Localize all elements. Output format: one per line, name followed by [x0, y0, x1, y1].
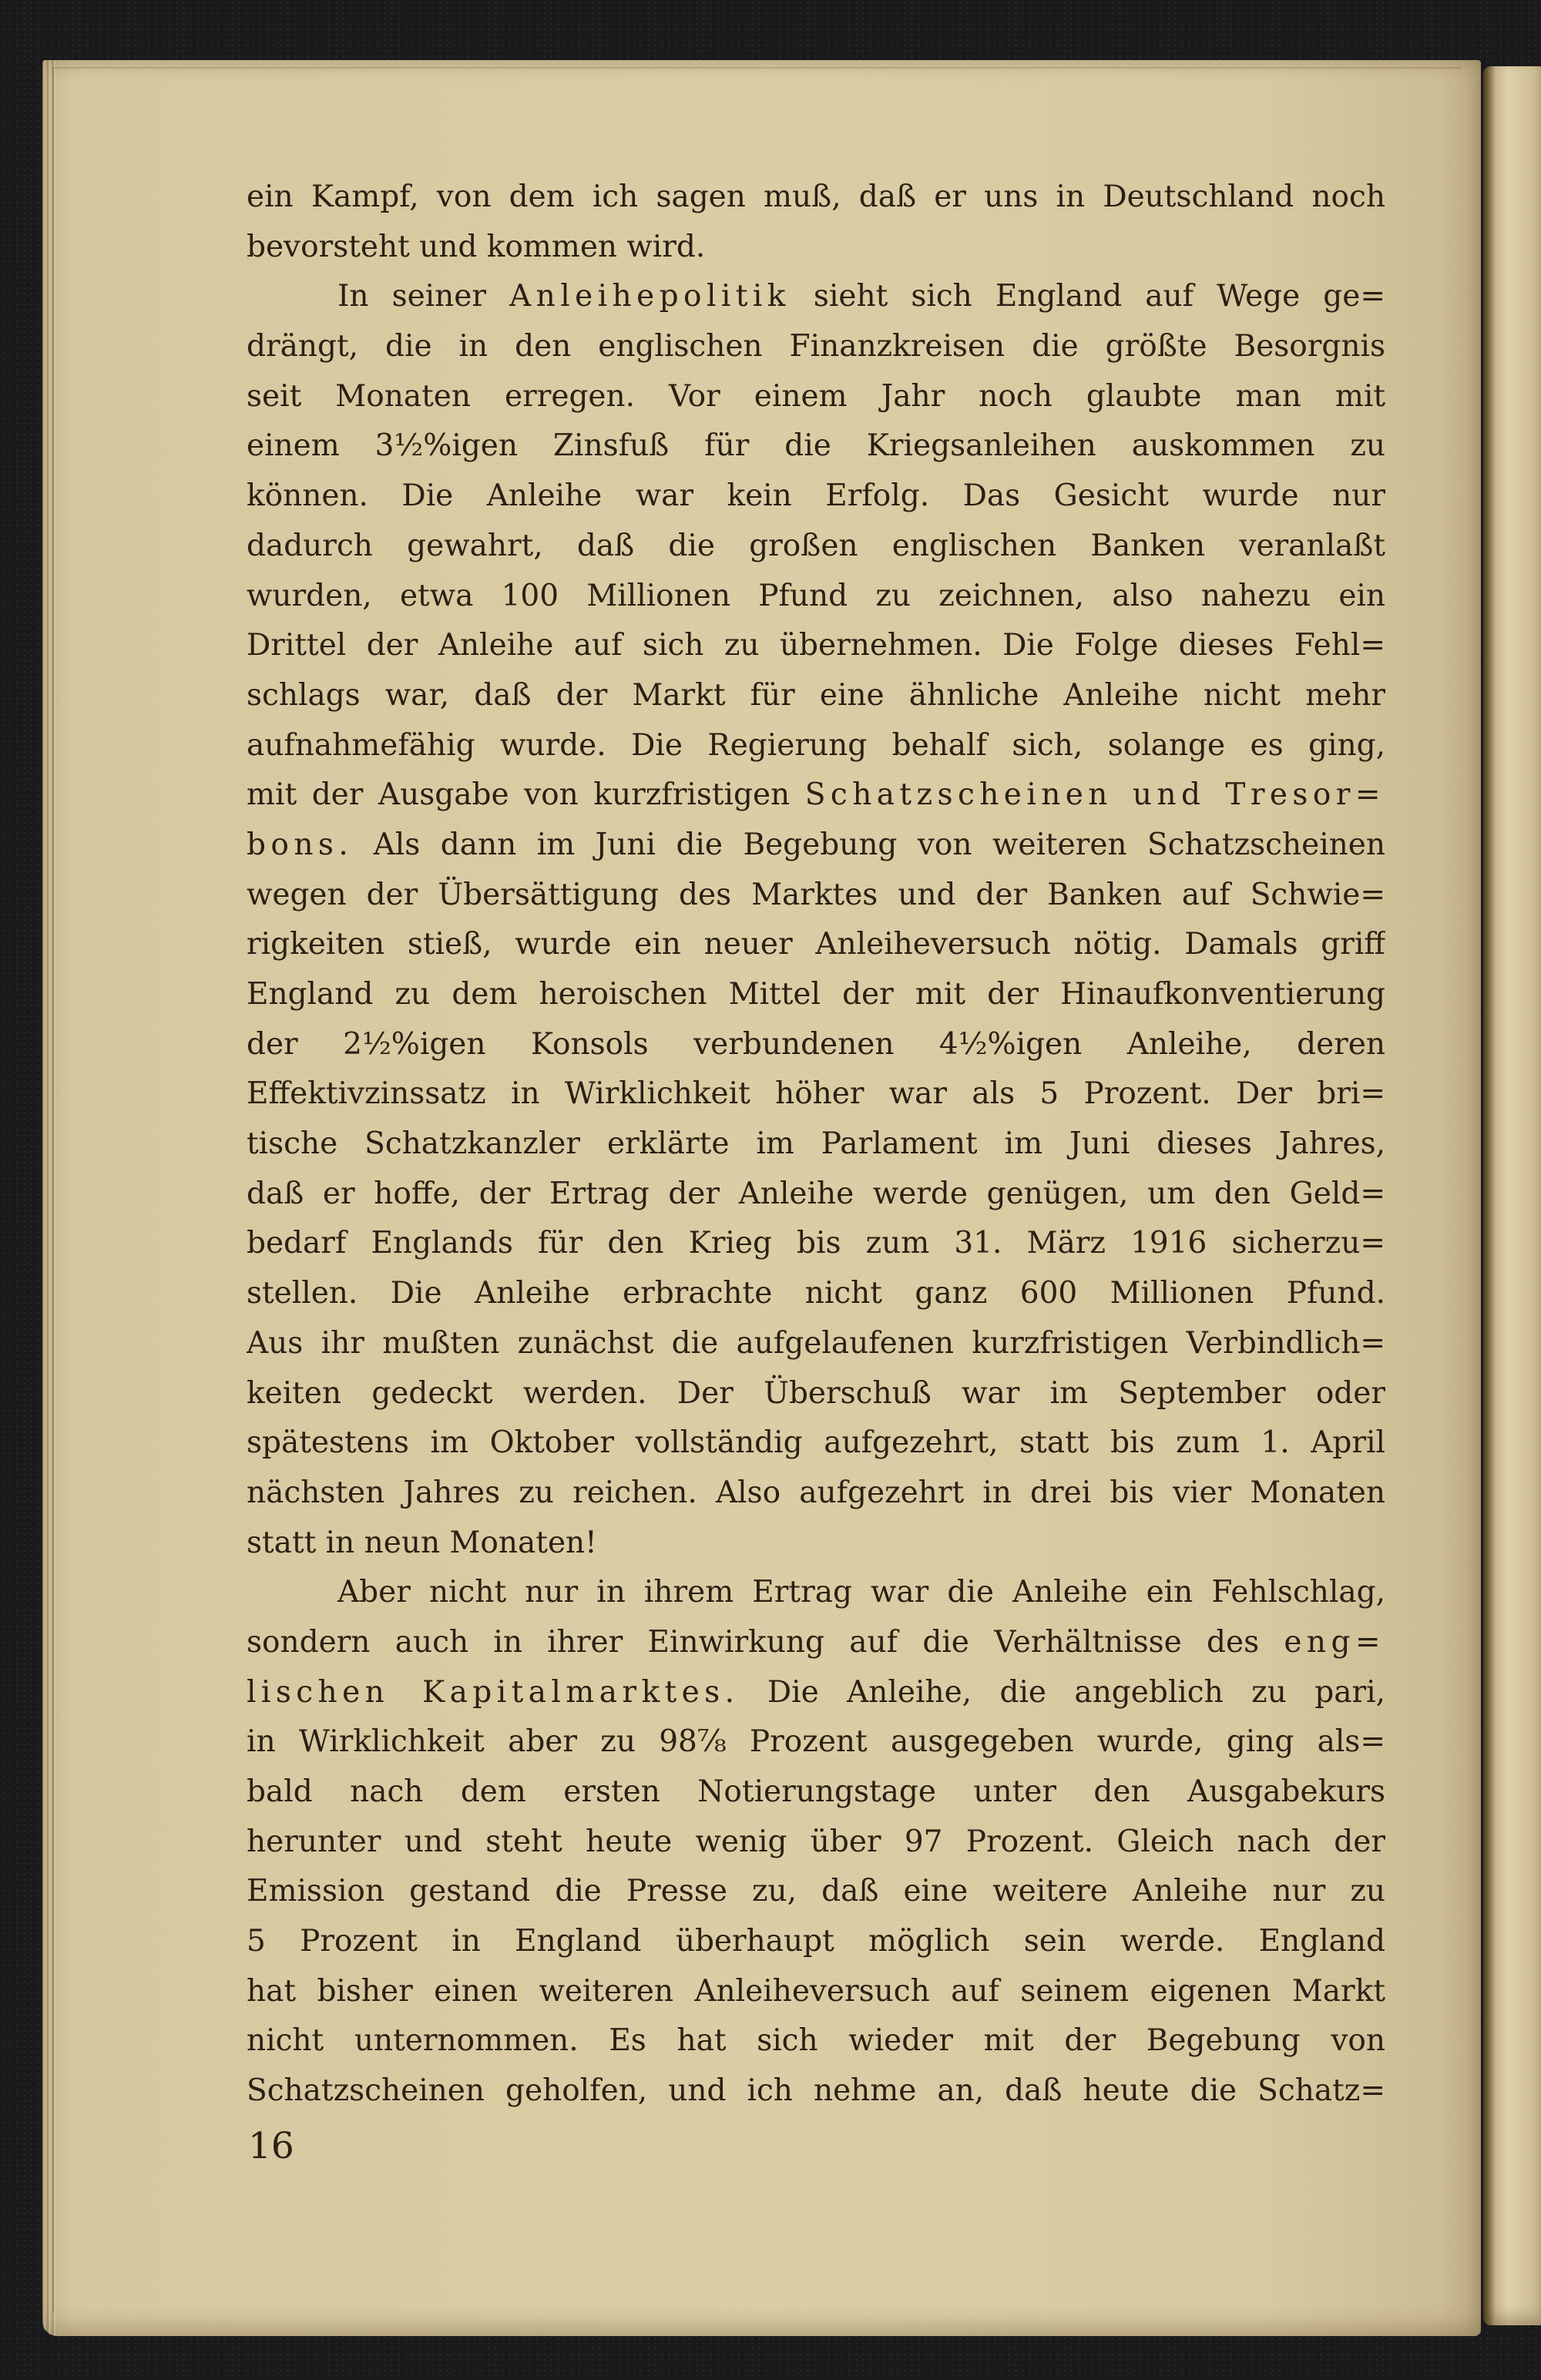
next-page-edge	[1483, 66, 1541, 2325]
text-line: können. Die Anleihe war kein Erfolg. Das…	[247, 472, 1385, 522]
text-run: statt in neun Monaten!	[247, 1526, 597, 1560]
text-run: In seiner	[337, 279, 509, 314]
scan-backdrop: { "colors": { "backdrop": "#1a191b", "pa…	[0, 0, 1541, 2380]
text-run: Aber nicht nur in ihrem Ertrag war die A…	[337, 1575, 1385, 1610]
text-run: daß er hoffe, der Ertrag der Anleihe wer…	[247, 1177, 1385, 1211]
text-line: drängt, die in den englischen Finanzkrei…	[247, 322, 1385, 372]
text-run: sondern auch in ihrer Einwirkung auf die…	[247, 1625, 1284, 1660]
text-line: Schatzscheinen geholfen, und ich nehme a…	[247, 2066, 1385, 2116]
text-line: Drittel der Anleihe auf sich zu übernehm…	[247, 621, 1385, 671]
book-page: ein Kampf, von dem ich sagen muß, daß er…	[42, 60, 1481, 2336]
emphasized-text: eng=	[1284, 1625, 1385, 1660]
text-line: der 2½%igen Konsols verbundenen 4½%igen …	[247, 1020, 1385, 1070]
text-run: nicht unternommen. Es hat sich wieder mi…	[247, 2023, 1385, 2058]
text-line: dadurch gewahrt, daß die großen englisch…	[247, 522, 1385, 572]
text-run: keiten gedeckt werden. Der Überschuß war…	[247, 1376, 1385, 1411]
text-run: dadurch gewahrt, daß die großen englisch…	[247, 529, 1385, 563]
text-line: nicht unternommen. Es hat sich wieder mi…	[247, 2016, 1385, 2066]
text-run: wurden, etwa 100 Millionen Pfund zu zeic…	[247, 579, 1385, 613]
text-run: aufnahmefähig wurde. Die Regierung behal…	[247, 728, 1385, 763]
text-run: England zu dem heroischen Mittel der mit…	[247, 977, 1385, 1012]
text-line: Aus ihr mußten zunächst die aufgelaufene…	[247, 1319, 1385, 1369]
text-line: daß er hoffe, der Ertrag der Anleihe wer…	[247, 1170, 1385, 1220]
text-run: seit Monaten erregen. Vor einem Jahr noc…	[247, 379, 1385, 414]
text-run: rigkeiten stieß, wurde ein neuer Anleihe…	[247, 927, 1385, 962]
text-run: hat bisher einen weiteren Anleiheversuch…	[247, 1974, 1385, 2009]
text-run: spätestens im Oktober vollständig aufgez…	[247, 1425, 1385, 1460]
text-line: Emission gestand die Presse zu, daß eine…	[247, 1867, 1385, 1917]
text-line: keiten gedeckt werden. Der Überschuß war…	[247, 1369, 1385, 1419]
text-run: Aus ihr mußten zunächst die aufgelaufene…	[247, 1326, 1385, 1361]
text-run: bald nach dem ersten Notierungstage unte…	[247, 1774, 1385, 1809]
page-number: 16	[248, 2125, 294, 2167]
text-line: 5 Prozent in England überhaupt möglich s…	[247, 1917, 1385, 1967]
text-line: statt in neun Monaten!	[247, 1519, 1385, 1569]
text-run: bedarf Englands für den Krieg bis zum 31…	[247, 1226, 1385, 1260]
text-line: sondern auch in ihrer Einwirkung auf die…	[247, 1618, 1385, 1668]
text-line: In seiner Anleihepolitik sieht sich Engl…	[247, 272, 1385, 322]
text-line: stellen. Die Anleihe erbrachte nicht gan…	[247, 1269, 1385, 1319]
text-run: sieht sich England auf Wege ge=	[791, 279, 1385, 314]
text-run: Als dann im Juni die Begebung von weiter…	[353, 827, 1385, 862]
text-line: tische Schatzkanzler erklärte im Parlame…	[247, 1120, 1385, 1170]
text-run: Drittel der Anleihe auf sich zu übernehm…	[247, 628, 1385, 663]
text-line: mit der Ausgabe von kurzfristigen Schatz…	[247, 770, 1385, 821]
text-line: Effektivzinssatz in Wirklichkeit höher w…	[247, 1069, 1385, 1120]
text-line: England zu dem heroischen Mittel der mit…	[247, 970, 1385, 1020]
text-run: schlags war, daß der Markt für eine ähnl…	[247, 678, 1385, 713]
text-run: mit der Ausgabe von kurzfristigen	[247, 777, 805, 812]
emphasized-text: Schatzscheinen und Tresor=	[805, 777, 1385, 812]
text-line: rigkeiten stieß, wurde ein neuer Anleihe…	[247, 920, 1385, 970]
emphasized-text: Anleihepolitik	[509, 279, 791, 314]
text-line: nächsten Jahres zu reichen. Also aufgeze…	[247, 1469, 1385, 1519]
text-run: Emission gestand die Presse zu, daß eine…	[247, 1874, 1385, 1908]
text-line: seit Monaten erregen. Vor einem Jahr noc…	[247, 372, 1385, 422]
text-line: lischen Kapitalmarktes. Die Anleihe, die…	[247, 1668, 1385, 1718]
text-run: Effektivzinssatz in Wirklichkeit höher w…	[247, 1076, 1385, 1111]
text-line: aufnahmefähig wurde. Die Regierung behal…	[247, 721, 1385, 771]
text-line: bons. Als dann im Juni die Begebung von …	[247, 821, 1385, 871]
text-line: in Wirklichkeit aber zu 98⁷⁄₈ Prozent au…	[247, 1717, 1385, 1767]
text-run: der 2½%igen Konsols verbundenen 4½%igen …	[247, 1027, 1385, 1062]
text-run: bevorsteht und kommen wird.	[247, 230, 705, 264]
text-run: in Wirklichkeit aber zu 98⁷⁄₈ Prozent au…	[247, 1724, 1385, 1759]
text-line: ein Kampf, von dem ich sagen muß, daß er…	[247, 173, 1385, 223]
text-run: wegen der Übersättigung des Marktes und …	[247, 878, 1385, 912]
text-line: hat bisher einen weiteren Anleiheversuch…	[247, 1967, 1385, 2017]
emphasized-text: bons.	[247, 827, 353, 862]
text-run: 5 Prozent in England überhaupt möglich s…	[247, 1924, 1385, 1959]
text-line: bedarf Englands für den Krieg bis zum 31…	[247, 1219, 1385, 1269]
text-run: nächsten Jahres zu reichen. Also aufgeze…	[247, 1475, 1385, 1510]
text-block: ein Kampf, von dem ich sagen muß, daß er…	[247, 173, 1385, 2116]
text-run: können. Die Anleihe war kein Erfolg. Das…	[247, 478, 1385, 513]
text-run: stellen. Die Anleihe erbrachte nicht gan…	[247, 1276, 1385, 1311]
text-line: wurden, etwa 100 Millionen Pfund zu zeic…	[247, 572, 1385, 622]
text-line: wegen der Übersättigung des Marktes und …	[247, 871, 1385, 921]
text-line: bald nach dem ersten Notierungstage unte…	[247, 1767, 1385, 1818]
text-line: spätestens im Oktober vollständig aufgez…	[247, 1418, 1385, 1469]
emphasized-text: lischen Kapitalmarktes.	[247, 1675, 739, 1710]
text-line: einem 3½%igen Zinsfuß für die Kriegsanle…	[247, 421, 1385, 472]
text-run: tische Schatzkanzler erklärte im Parlame…	[247, 1126, 1385, 1161]
text-run: ein Kampf, von dem ich sagen muß, daß er…	[247, 180, 1385, 214]
text-line: Aber nicht nur in ihrem Ertrag war die A…	[247, 1568, 1385, 1618]
text-run: Schatzscheinen geholfen, und ich nehme a…	[247, 2073, 1385, 2108]
text-run: einem 3½%igen Zinsfuß für die Kriegsanle…	[247, 428, 1385, 463]
text-line: schlags war, daß der Markt für eine ähnl…	[247, 671, 1385, 721]
text-line: herunter und steht heute wenig über 97 P…	[247, 1818, 1385, 1868]
text-line: bevorsteht und kommen wird.	[247, 223, 1385, 273]
text-run: drängt, die in den englischen Finanzkrei…	[247, 329, 1385, 364]
text-run: Die Anleihe, die angeblich zu pari,	[739, 1675, 1385, 1710]
text-run: herunter und steht heute wenig über 97 P…	[247, 1824, 1385, 1859]
